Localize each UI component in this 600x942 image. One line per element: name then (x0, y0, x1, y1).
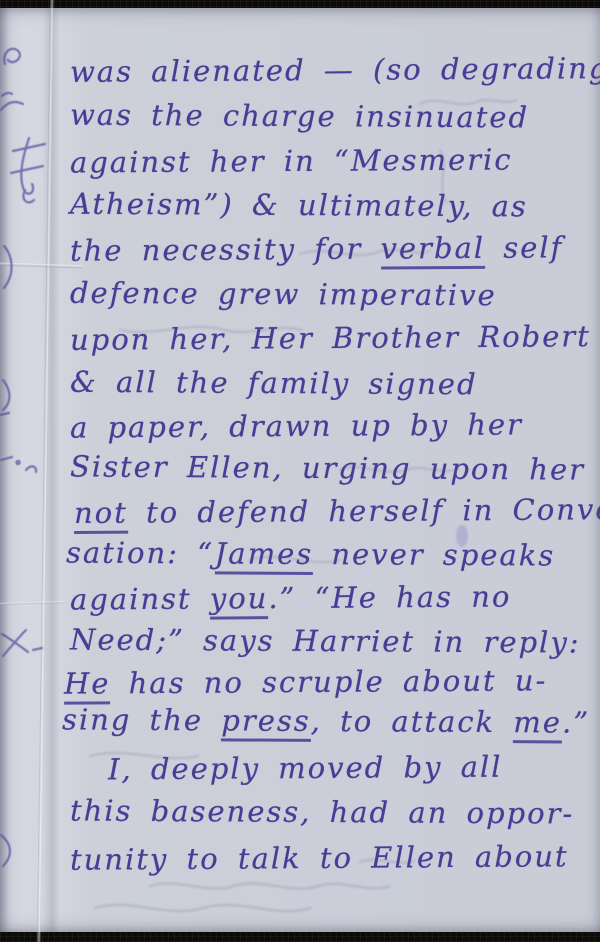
handwritten-text-underlined: you (210, 581, 269, 619)
handwritten-text: the necessity for (70, 232, 381, 268)
handwritten-text: & all the family signed (70, 365, 478, 401)
manuscript-line: the necessity for verbal self (70, 227, 564, 270)
manuscript-line: a paper, drawn up by her (70, 404, 523, 447)
handwritten-text-underlined: not (74, 496, 128, 534)
handwritten-text: a paper, drawn up by her (70, 407, 523, 444)
manuscript-line: Need;” says Harriet in reply: (70, 619, 581, 662)
handwritten-text: Sister Ellen, urging upon her (70, 449, 585, 486)
manuscript-line: upon her, Her Brother Robert (70, 316, 591, 360)
handwritten-text: this baseness, had an oppor- (70, 793, 574, 830)
handwritten-text: was alienated — (so degrading (70, 51, 600, 89)
handwritten-text: against (70, 582, 210, 617)
manuscript-line: Sister Ellen, urging upon her (70, 446, 585, 489)
handwritten-text: I, deeply moved by all (108, 750, 503, 787)
handwritten-text: never speaks (313, 537, 555, 572)
handwritten-text-underlined: press (221, 703, 311, 742)
handwritten-text: sation: “ (66, 536, 215, 571)
handwritten-text: has no scruple about u- (110, 663, 547, 700)
manuscript-line-paragraph-indent: I, deeply moved by all (108, 747, 503, 790)
handwritten-text: Atheism”) & ultimately, as (70, 187, 528, 224)
handwritten-text-underlined: me (513, 705, 562, 743)
handwritten-text: defence grew imperative (70, 276, 497, 313)
manuscript-line: was the charge insinuated (70, 95, 529, 138)
manuscript-line: tunity to talk to Ellen about (70, 836, 569, 879)
handwritten-text: Need;” says Harriet in reply: (70, 622, 581, 659)
handwritten-text: self (485, 230, 564, 265)
handwritten-text-underlined: verbal (380, 231, 485, 270)
manuscript-line: not to defend herself in Conver- (74, 489, 600, 533)
manuscript-line: defence grew imperative (70, 273, 497, 316)
manuscript-line: He has no scruple about u- (64, 660, 548, 703)
handwritten-text: upon her, Her Brother Robert (70, 319, 591, 357)
manuscript-line: & all the family signed (70, 362, 478, 404)
handwritten-text: was the charge insinuated (70, 98, 529, 135)
handwritten-text: .” “He has no (268, 579, 511, 615)
handwritten-text: , to attack (311, 704, 514, 739)
handwritten-text: to defend herself in Conver- (128, 492, 600, 530)
handwritten-text: .” (562, 705, 590, 739)
manuscript-line: was alienated — (so degrading (70, 48, 600, 92)
manuscript-line: against her in “Mesmeric (70, 139, 513, 182)
manuscript-line: sing the press, to attack me.” (62, 699, 590, 742)
manuscript-scan: was alienated — (so degrading was the ch… (0, 0, 600, 942)
handwritten-text-underlined: James (215, 536, 314, 575)
handwritten-text-block: was alienated — (so degrading was the ch… (0, 8, 600, 932)
manuscript-line: against you.” “He has no (70, 576, 512, 619)
handwritten-text: sing the (62, 702, 222, 737)
manuscript-line: this baseness, had an oppor- (70, 790, 575, 833)
manuscript-line: Atheism”) & ultimately, as (70, 184, 528, 227)
manuscript-line: sation: “James never speaks (66, 533, 555, 576)
handwritten-text: tunity to talk to Ellen about (70, 839, 569, 876)
handwritten-text: against her in “Mesmeric (70, 142, 513, 179)
